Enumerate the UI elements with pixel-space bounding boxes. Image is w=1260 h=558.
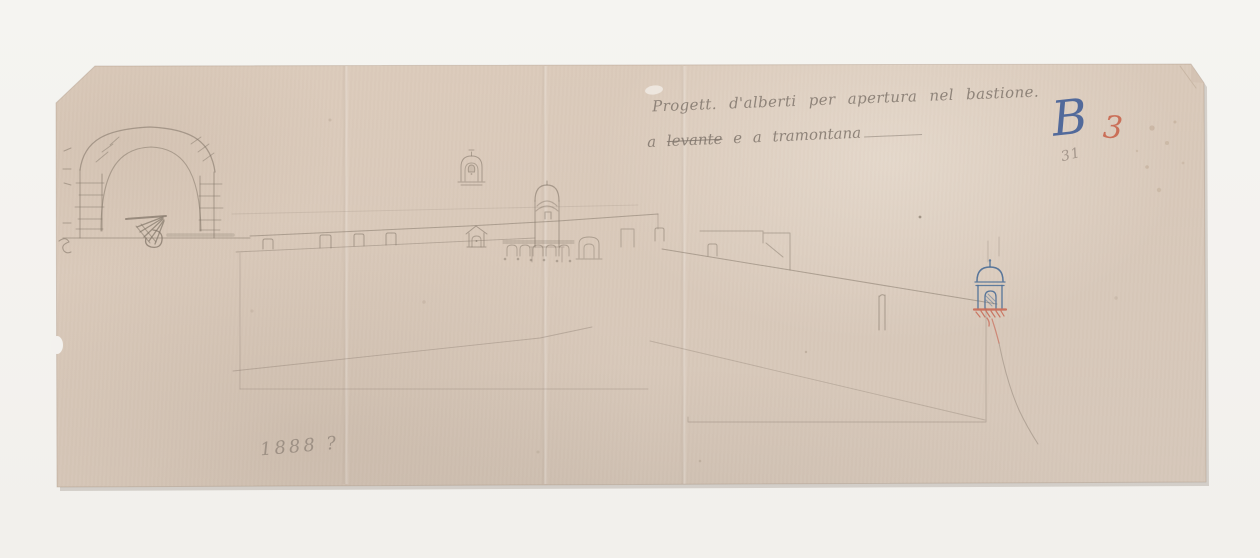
paper-stains xyxy=(51,84,1184,462)
pencil-sketch-overlay xyxy=(0,0,1260,558)
curtain-wall-sketch xyxy=(236,214,717,256)
scanned-sketch-scene: Progett. d'alberti per apertura nel bast… xyxy=(0,0,1260,558)
rampart-sketch xyxy=(658,214,1038,444)
bell-cote-sketch xyxy=(458,150,485,185)
inscription-line2-struck-word: levante xyxy=(666,130,722,150)
paper-edge xyxy=(56,64,1206,487)
construction-lines xyxy=(232,205,986,422)
pen-flourish xyxy=(864,125,922,138)
arcade-parapet-sketch xyxy=(503,237,602,262)
corbel-hatch-sketch xyxy=(126,216,166,247)
archive-letter-mark: B xyxy=(1050,92,1090,143)
archive-red-number: 3 xyxy=(1102,112,1124,144)
inscription-line2-prefix: a xyxy=(647,132,667,151)
sentry-box-red-base xyxy=(974,310,1006,344)
